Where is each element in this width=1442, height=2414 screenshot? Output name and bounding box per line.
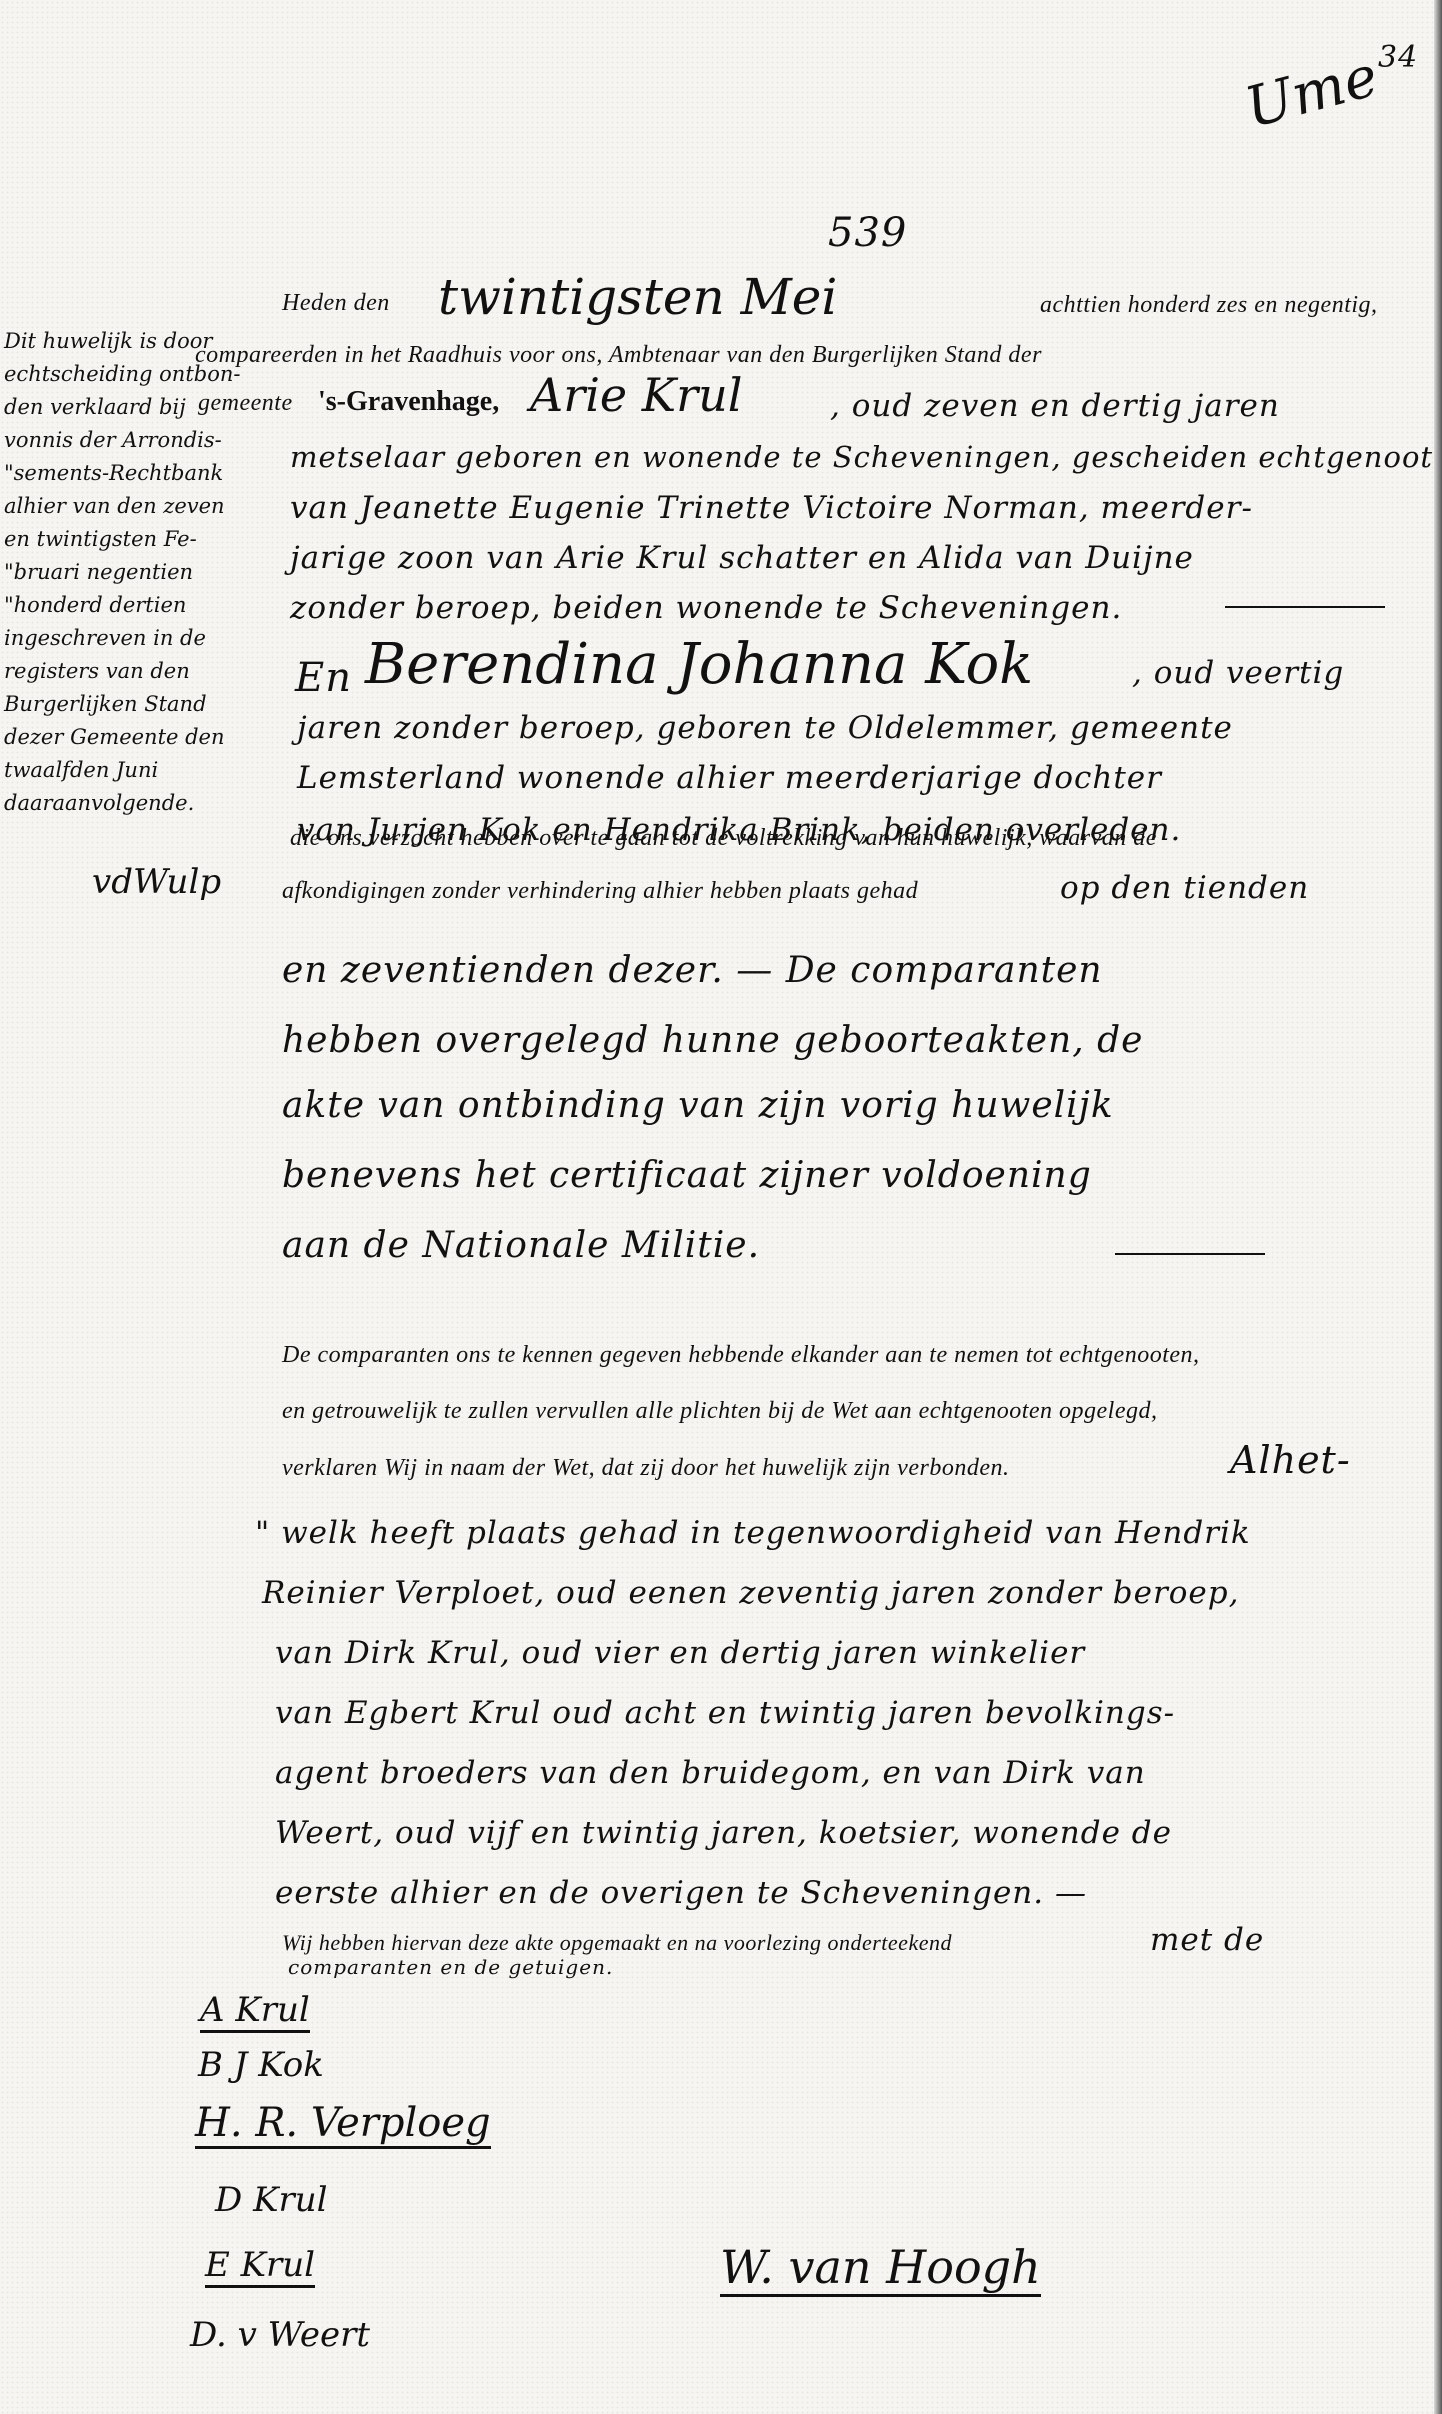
margin-line: registers van den bbox=[4, 655, 240, 688]
header-intro: Heden den bbox=[282, 290, 390, 317]
request-hand-line: benevens het certificaat zijner voldoeni… bbox=[282, 1155, 1092, 1196]
signature-witness-4: D. v Weert bbox=[190, 2315, 370, 2355]
request-line1: die ons verzocht hebben over te gaan tot… bbox=[290, 825, 1157, 852]
groom-name: Arie Krul bbox=[530, 368, 742, 422]
margin-line: daaraanvolgende. bbox=[4, 787, 240, 820]
page-edge bbox=[1434, 0, 1442, 2414]
groom-line: van Jeanette Eugenie Trinette Victoire N… bbox=[290, 490, 1253, 526]
margin-line: "sements-Rechtbank bbox=[4, 457, 240, 490]
act-number: 539 bbox=[828, 210, 907, 256]
request-hand-line: aan de Nationale Militie. bbox=[282, 1225, 760, 1266]
groom-age: , oud zeven en dertig jaren bbox=[830, 388, 1280, 424]
declaration-hand-line: eerste alhier en de overigen te Scheveni… bbox=[275, 1875, 1087, 1911]
closing-hand-line2: comparanten en de getuigen. bbox=[288, 1955, 613, 1979]
request-line2: afkondigingen zonder verhindering alhier… bbox=[282, 878, 918, 905]
margin-line: vonnis der Arrondis- bbox=[4, 424, 240, 457]
bride-intro: En bbox=[295, 655, 352, 701]
margin-line: ingeschreven in de bbox=[4, 622, 240, 655]
municipality: 's-Gravenhage, bbox=[318, 386, 499, 418]
margin-line: en twintigsten Fe- bbox=[4, 523, 240, 556]
groom-line: jarige zoon van Arie Krul schatter en Al… bbox=[290, 540, 1194, 576]
signature-witness-1: H. R. Verploeg bbox=[195, 2100, 491, 2149]
request-hand-line2: op den tienden bbox=[1060, 870, 1309, 906]
margin-line: alhier van den zeven bbox=[4, 490, 240, 523]
groom-line: metselaar geboren en wonende te Scheveni… bbox=[290, 440, 1433, 474]
margin-initials: vdWulp bbox=[92, 862, 221, 902]
closing-line: Wij hebben hiervan deze akte opgemaakt e… bbox=[282, 1930, 952, 1956]
bride-line: Lemsterland wonende alhier meerderjarige… bbox=[297, 760, 1162, 796]
declaration-line: en getrouwelijk te zullen vervullen alle… bbox=[282, 1398, 1157, 1425]
page-number: 34 bbox=[1378, 40, 1418, 75]
signature-bride: B J Kok bbox=[198, 2045, 324, 2085]
request-hand-line: en zeventienden dezer. — De comparanten bbox=[282, 950, 1103, 991]
request-hand-line: akte van ontbinding van zijn vorig huwel… bbox=[282, 1085, 1114, 1126]
groom-line: zonder beroep, beiden wonende te Scheven… bbox=[290, 590, 1122, 626]
bride-name: Berendina Johanna Kok bbox=[365, 632, 1033, 697]
signature-official: W. van Hoogh bbox=[720, 2240, 1041, 2297]
signature-witness-2: D Krul bbox=[215, 2180, 328, 2220]
line-filler bbox=[1225, 606, 1385, 608]
declaration-hand-line: Reinier Verploet, oud eenen zeventig jar… bbox=[262, 1575, 1239, 1611]
municipality-label: gemeente bbox=[198, 390, 293, 417]
signature-groom: A Krul bbox=[200, 1990, 310, 2033]
closing-hand-tail: met de bbox=[1150, 1922, 1264, 1958]
declaration-line: De comparanten ons te kennen gegeven heb… bbox=[282, 1342, 1200, 1369]
declaration-hand-line: " welk heeft plaats gehad in tegenwoordi… bbox=[255, 1515, 1251, 1551]
corner-mark: Ume bbox=[1239, 44, 1385, 141]
margin-line: Burgerlijken Stand bbox=[4, 688, 240, 721]
marriage-day: twintigsten Mei bbox=[438, 268, 837, 326]
margin-line: "bruari negentien bbox=[4, 556, 240, 589]
declaration-hand-tail: Alhet- bbox=[1230, 1438, 1351, 1482]
request-hand-line: hebben overgelegd hunne geboorteakten, d… bbox=[282, 1020, 1143, 1061]
declaration-hand-line: agent broeders van den bruidegom, en van… bbox=[275, 1755, 1146, 1791]
header-year: achttien honderd zes en negentig, bbox=[1040, 292, 1378, 319]
header-line2: compareerden in het Raadhuis voor ons, A… bbox=[195, 342, 1042, 369]
declaration-hand-line: van Egbert Krul oud acht en twintig jare… bbox=[275, 1695, 1175, 1731]
declaration-hand-line: van Dirk Krul, oud vier en dertig jaren … bbox=[275, 1635, 1085, 1671]
margin-line: twaalfden Juni bbox=[4, 754, 240, 787]
signature-witness-3: E Krul bbox=[205, 2245, 315, 2288]
declaration-hand-line: Weert, oud vijf en twintig jaren, koetsi… bbox=[275, 1815, 1172, 1851]
margin-line: dezer Gemeente den bbox=[4, 721, 240, 754]
bride-age: , oud veertig bbox=[1132, 655, 1344, 691]
bride-line: jaren zonder beroep, geboren te Oldelemm… bbox=[297, 710, 1233, 746]
declaration-line: verklaren Wij in naam der Wet, dat zij d… bbox=[282, 1455, 1009, 1482]
line-filler bbox=[1115, 1253, 1265, 1255]
margin-line: "honderd dertien bbox=[4, 589, 240, 622]
